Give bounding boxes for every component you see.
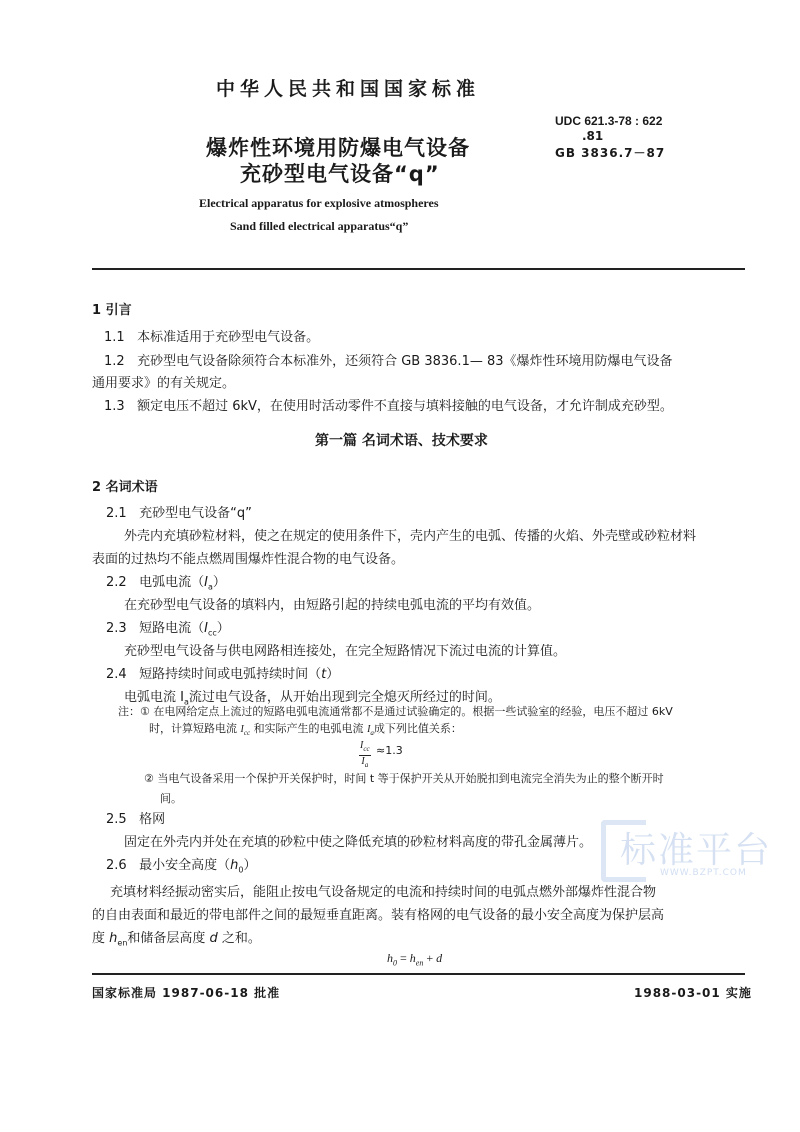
note-2: ② 当电气设备采用一个保护开关保护时，时间 t 等于保护开关从开始脱扣到电流完全… xyxy=(144,770,664,786)
note-1-cont: 时，计算短路电流 Icc 和实际产生的电弧电流 Ia成下列比值关系： xyxy=(149,720,462,737)
title-cn-line2: 充砂型电气设备“q” xyxy=(240,158,440,188)
title-en-line1: Electrical apparatus for explosive atmos… xyxy=(199,196,439,211)
term: 最小安全高度（ xyxy=(139,858,230,873)
approval-date: 国家标准局 1987-06-18 批准 xyxy=(92,984,280,1001)
note-text: 在电网给定点上流过的短路电弧电流通常都不是通过试验确定的。根据一些试验室的经验，… xyxy=(153,705,672,718)
title-en-line2: Sand filled electrical apparatus“q” xyxy=(230,219,408,234)
fraction-numerator: Icc xyxy=(359,740,371,756)
paren: ） xyxy=(217,621,230,636)
ratio-fraction: Icc Ia xyxy=(359,740,371,771)
clause-number: 2.2 xyxy=(106,575,127,590)
clause-number: 1.1 xyxy=(104,330,125,345)
clause-2-2-term: 2.2 电弧电流（Ia） xyxy=(106,574,226,596)
watermark-url: WWW.BZPT.COM xyxy=(660,868,747,878)
safety-height-formula: h0 = hen + d xyxy=(387,951,442,967)
clause-2-2-def: 在充砂型电气设备的填料内，由短路引起的持续电弧电流的平均有效值。 xyxy=(124,597,540,614)
paren: ） xyxy=(243,858,256,873)
country-standard-heading: 中华人民共和国国家标准 xyxy=(216,74,480,101)
formula-plus: + xyxy=(423,951,436,965)
clause-2-6-def: 充填材料经振动密实后，能阻止按电气设备规定的电流和持续时间的电弧点燃外部爆炸性混… xyxy=(110,884,656,901)
term: 短路电流（ xyxy=(139,621,204,636)
def-text: 之和。 xyxy=(218,931,261,946)
clause-2-5-def: 固定在外壳内并处在充填的砂粒中使之降低充填的砂粒材料高度的带孔金属薄片。 xyxy=(124,834,592,851)
formula-term: d xyxy=(436,951,442,965)
clause-number: 1.2 xyxy=(104,354,125,369)
udc-code-cont: .81 xyxy=(582,129,603,143)
clause-number: 2.6 xyxy=(106,858,127,873)
clause-2-1-def-cont: 表面的过热均不能点燃周围爆炸性混合物的电气设备。 xyxy=(92,551,404,568)
paren: ） xyxy=(213,575,226,590)
note-text: 时，计算短路电流 xyxy=(149,722,241,735)
term: 格网 xyxy=(139,812,165,827)
watermark-text: 标准平台 xyxy=(620,822,772,873)
clause-2-1-def: 外壳内充填砂粒材料，使之在规定的使用条件下，壳内产生的电弧、传播的火焰、外壳壁或… xyxy=(124,528,696,545)
clause-2-3-term: 2.3 短路电流（Icc） xyxy=(106,620,230,642)
def-text: 和储备层高度 xyxy=(127,931,209,946)
note-marker: ② xyxy=(144,772,154,785)
note-text: 和实际产生的电弧电流 xyxy=(254,722,368,735)
symbol: d xyxy=(210,931,218,946)
clause-text: 额定电压不超过 6kV，在使用时活动零件不直接与填料接触的电气设备，才允许制成充… xyxy=(137,399,673,414)
clause-text: 本标准适用于充砂型电气设备。 xyxy=(137,330,319,345)
clause-number: 2.3 xyxy=(106,621,127,636)
footer-divider xyxy=(92,973,745,975)
term: 短路持续时间或电弧持续时间（ xyxy=(139,667,321,682)
formula-eq: = xyxy=(397,951,410,965)
clause-2-4-term: 2.4 短路持续时间或电弧持续时间（t） xyxy=(106,666,339,683)
clause-text: 充砂型电气设备除须符合本标准外，还须符合 GB 3836.1— 83《爆炸性环境… xyxy=(137,354,672,369)
paren: ） xyxy=(326,667,339,682)
clause-2-3-def: 充砂型电气设备与供电网路相连接处，在完全短路情况下流过电流的计算值。 xyxy=(124,643,566,660)
ratio-value: ≈1.3 xyxy=(376,744,403,757)
clause-2-5-term: 2.5 格网 xyxy=(106,811,165,828)
standard-number: GB 3836.7－87 xyxy=(555,144,665,161)
clause-1-1: 1.1 本标准适用于充砂型电气设备。 xyxy=(104,329,319,346)
clause-number: 2.1 xyxy=(106,506,127,521)
symbol-sub: en xyxy=(117,939,127,948)
udc-code: UDC 621.3-78 : 622 xyxy=(555,114,662,128)
note-2-cont: 间。 xyxy=(160,790,182,806)
clause-number: 2.5 xyxy=(106,812,127,827)
def-text: 度 xyxy=(92,931,109,946)
clause-2-6-def-cont: 的自由表面和最近的带电部件之间的最短垂直距离。装有格网的电气设备的最小安全高度为… xyxy=(92,907,664,924)
clause-1-2-cont: 通用要求》的有关规定。 xyxy=(92,375,235,392)
note-text: 成下列比值关系： xyxy=(374,722,462,735)
term: 电弧电流（ xyxy=(139,575,204,590)
clause-number: 1.3 xyxy=(104,399,125,414)
fraction-denominator: Ia xyxy=(361,756,368,771)
part-title: 第一篇 名词术语、技术要求 xyxy=(315,430,488,450)
clause-number: 2.4 xyxy=(106,667,127,682)
effective-date: 1988-03-01 实施 xyxy=(634,984,752,1001)
note-text: 当电气设备采用一个保护开关保护时，时间 t 等于保护开关从开始脱扣到电流完全消失… xyxy=(157,772,663,785)
clause-2-6-term: 2.6 最小安全高度（h0） xyxy=(106,857,256,879)
clause-1-2: 1.2 充砂型电气设备除须符合本标准外，还须符合 GB 3836.1— 83《爆… xyxy=(104,353,673,370)
note-marker: 注：① xyxy=(118,705,150,718)
clause-1-3: 1.3 额定电压不超过 6kV，在使用时活动零件不直接与填料接触的电气设备，才允… xyxy=(104,398,673,415)
section-2-heading: 2 名词术语 xyxy=(92,476,158,495)
clause-2-1-term: 2.1 充砂型电气设备“q” xyxy=(106,505,252,522)
header-divider xyxy=(92,268,745,270)
clause-2-6-def-end: 度 hen和储备层高度 d 之和。 xyxy=(92,930,261,952)
note-1: 注：① 在电网给定点上流过的短路电弧电流通常都不是通过试验确定的。根据一些试验室… xyxy=(118,703,673,719)
section-1-heading: 1 引言 xyxy=(92,299,132,318)
term: 充砂型电气设备“q” xyxy=(139,506,252,521)
symbol-sub: cc xyxy=(208,629,217,638)
